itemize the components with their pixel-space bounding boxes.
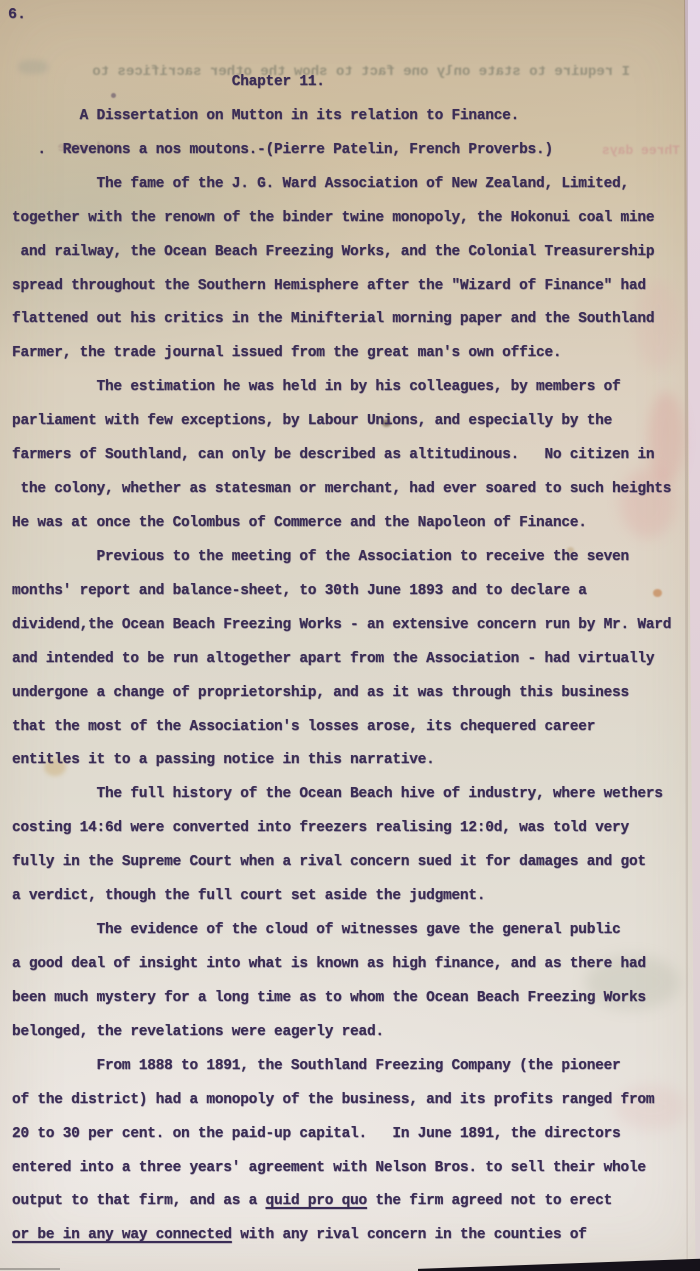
typescript-line: costing 14:6d were converted into freeze… <box>12 812 700 846</box>
typescript-line: that the most of the Association's losse… <box>12 711 700 745</box>
typescript-line: The evidence of the cloud of witnesses g… <box>12 914 700 948</box>
typescript-line: together with the renown of the binder t… <box>12 202 700 236</box>
text-segment: The full history of the Ocean Beach hive… <box>12 786 663 802</box>
typescript-line: parliament with few exceptions, by Labou… <box>12 405 700 439</box>
typescript-line: been much mystery for a long time as to … <box>12 982 700 1016</box>
underlined-phrase: or be in any way connected <box>12 1227 232 1243</box>
text-segment: dividend,the Ocean Beach Freezing Works … <box>12 617 671 633</box>
chapter-heading: Chapter 11. <box>12 66 700 100</box>
typescript-line: dividend,the Ocean Beach Freezing Works … <box>12 609 700 643</box>
text-segment: fully in the Supreme Court when a rival … <box>12 854 646 870</box>
text-segment: entitles it to a passing notice in this … <box>12 752 435 768</box>
text-segment: . Revenons a nos moutons.-(Pierre Pateli… <box>12 142 553 158</box>
scan-edge-artifact <box>418 1256 700 1271</box>
text-segment: with any rival concern in the counties o… <box>232 1227 587 1243</box>
text-segment: A Dissertation on Mutton in its relation… <box>12 108 519 124</box>
typescript-line: output to that firm, and as a quid pro q… <box>12 1185 700 1219</box>
text-segment: flattened out his critics in the Minifte… <box>12 311 654 327</box>
text-segment: output to that firm, and as a <box>12 1193 266 1209</box>
text-segment: belonged, the revelations were eagerly r… <box>12 1024 384 1040</box>
text-segment: months' report and balance-sheet, to 30t… <box>12 583 587 599</box>
typescript-line: of the district) had a monopoly of the b… <box>12 1084 700 1118</box>
text-segment: Previous to the meeting of the Associati… <box>12 549 629 565</box>
typescript-line: 20 to 30 per cent. on the paid-up capita… <box>12 1118 700 1152</box>
typescript-line: a verdict, though the full court set asi… <box>12 880 700 914</box>
text-segment: a good deal of insight into what is know… <box>12 956 646 972</box>
text-segment: entered into a three years' agreement wi… <box>12 1160 646 1176</box>
typescript-line: Previous to the meeting of the Associati… <box>12 541 700 575</box>
text-segment: the colony, whether as statesman or merc… <box>12 481 671 497</box>
text-segment: together with the renown of the binder t… <box>12 210 654 226</box>
text-segment: of the district) had a monopoly of the b… <box>12 1092 654 1108</box>
text-segment: The fame of the J. G. Ward Association o… <box>12 176 629 192</box>
text-segment: undergone a change of proprietorship, an… <box>12 685 629 701</box>
typescript-line: the colony, whether as statesman or merc… <box>12 473 700 507</box>
typescript-line: spread throughout the Southern Hemispher… <box>12 270 700 304</box>
typescript-line: and railway, the Ocean Beach Freezing Wo… <box>12 236 700 270</box>
text-segment: From 1888 to 1891, the Southland Freezin… <box>12 1058 621 1074</box>
text-segment: spread throughout the Southern Hemispher… <box>12 278 646 294</box>
typescript-line: entered into a three years' agreement wi… <box>12 1152 700 1186</box>
typescript-body: Chapter 11. A Dissertation on Mutton in … <box>12 66 700 1253</box>
typescript-line: and intended to be run altogether apart … <box>12 643 700 677</box>
typescript-line: flattened out his critics in the Minifte… <box>12 303 700 337</box>
typescript-line: or be in any way connected with any riva… <box>12 1219 700 1253</box>
text-segment: that the most of the Association's losse… <box>12 719 595 735</box>
typescript-line: undergone a change of proprietorship, an… <box>12 677 700 711</box>
typescript-line: From 1888 to 1891, the Southland Freezin… <box>12 1050 700 1084</box>
typescript-line: a good deal of insight into what is know… <box>12 948 700 982</box>
typescript-line: The fame of the J. G. Ward Association o… <box>12 168 700 202</box>
scan-edge-artifact <box>0 1268 60 1270</box>
epigraph: . Revenons a nos moutons.-(Pierre Pateli… <box>12 134 700 168</box>
text-segment: parliament with few exceptions, by Labou… <box>12 413 612 429</box>
text-segment: a verdict, though the full court set asi… <box>12 888 485 904</box>
typescript-line: Farmer, the trade journal issued from th… <box>12 337 700 371</box>
text-segment: and intended to be run altogether apart … <box>12 651 654 667</box>
text-segment: costing 14:6d were converted into freeze… <box>12 820 629 836</box>
chapter-title: A Dissertation on Mutton in its relation… <box>12 100 700 134</box>
text-segment: been much mystery for a long time as to … <box>12 990 646 1006</box>
text-segment: Farmer, the trade journal issued from th… <box>12 345 561 361</box>
typescript-page: I require to state only one fact to show… <box>0 0 700 1271</box>
typescript-line: farmers of Southland, can only be descri… <box>12 439 700 473</box>
underlined-phrase: quid pro quo <box>266 1193 367 1209</box>
typescript-line: He was at once the Colombus of Commerce … <box>12 507 700 541</box>
text-segment: farmers of Southland, can only be descri… <box>12 447 654 463</box>
typescript-line: entitles it to a passing notice in this … <box>12 744 700 778</box>
typescript-line: months' report and balance-sheet, to 30t… <box>12 575 700 609</box>
text-segment: Chapter 11. <box>12 74 325 90</box>
typescript-line: fully in the Supreme Court when a rival … <box>12 846 700 880</box>
text-segment: the firm agreed not to erect <box>367 1193 612 1209</box>
page-number: 6. <box>8 6 26 23</box>
text-segment: The estimation he was held in by his col… <box>12 379 621 395</box>
text-segment: 20 to 30 per cent. on the paid-up capita… <box>12 1126 621 1142</box>
text-segment: He was at once the Colombus of Commerce … <box>12 515 587 531</box>
text-segment: and railway, the Ocean Beach Freezing Wo… <box>12 244 654 260</box>
typescript-line: The full history of the Ocean Beach hive… <box>12 778 700 812</box>
typescript-line: The estimation he was held in by his col… <box>12 371 700 405</box>
text-segment: The evidence of the cloud of witnesses g… <box>12 922 621 938</box>
typescript-line: belonged, the revelations were eagerly r… <box>12 1016 700 1050</box>
